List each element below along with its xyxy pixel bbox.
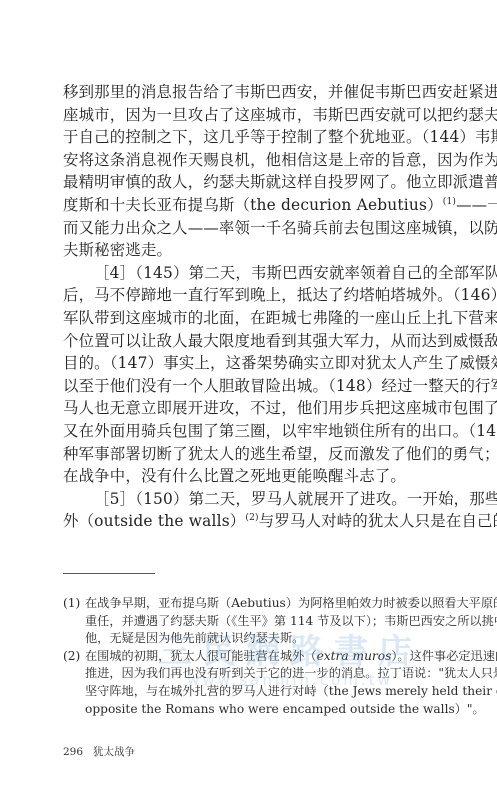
footnote-number: (1) [63,595,85,613]
page-footer: 296犹太战争 [63,744,135,759]
text-segment: 外（outside the walls） [63,512,245,530]
text-line: 夫斯秘密逃走。 [63,239,453,262]
footnote-number: (2) [63,648,85,666]
paragraph-5-start: ［5］（150）第二天，罗马人就展开了进攻。一开始，那些在城墙 [63,488,453,511]
footnote-text-line: 推进，因为我们再也没有听到关于它的进一步的消息。拉丁语说："犹太人只是 [63,665,455,683]
latin-phrase: extra muros [317,649,392,663]
text-line: 种军事部署切断了犹太人的逃生希望，反而激发了他们的勇气；因为 [63,443,453,466]
text-segment: ——一位精力充沛 [456,196,497,214]
text-line: 又在外面用骑兵包围了第三圈，以牢牢地锁住所有的出口。（149）这 [63,420,453,443]
footnote-text: ）。这件事必定迅速向前 [391,649,497,663]
footnote-text: 在战争早期，亚布提乌斯（Aebutius）为阿格里帕效力时被委以照看大平原的 [85,596,497,610]
text-line: 后，马不停蹄地一直行军到晚上，抵达了约塔帕塔城外。（146）他把 [63,284,453,307]
text-line: 以至于他们没有一个人胆敢冒险出城。（148）经过一整天的行军，罗 [63,375,453,398]
text-line: 安将这条消息视作天赐良机，他相信这是上帝的旨意，因为作为自己 [63,149,453,172]
page-number: 296 [63,746,83,758]
text-line-with-footnote: 外（outside the walls）(2)与罗马人对峙的犹太人只是在自己的阵… [63,510,453,533]
footnote-2: (2)在围城的初期，犹太人很可能驻营在城外（extra muros）。这件事必定… [63,648,455,666]
footnote-text-line: 他，无疑是因为他先前就认识约瑟夫斯。 [63,630,455,648]
text-line: 移到那里的消息报告给了韦斯巴西安，并催促韦斯巴西安赶紧进攻这 [63,81,453,104]
footnote-ref-1[interactable]: (1) [443,197,456,207]
text-line: 最精明审慎的敌人，约瑟夫斯就这样自投罗网了。他立即派遣普拉西 [63,171,453,194]
running-title: 犹太战争 [93,746,135,758]
paragraph-4-start: ［4］（145）第二天，韦斯巴西安就率领着自己的全部军队紧随其 [63,262,453,285]
main-text: 移到那里的消息报告给了韦斯巴西安，并催促韦斯巴西安赶紧进攻这 座城市，因为一旦攻… [63,81,453,533]
text-line: 座城市，因为一旦攻占了这座城市，韦斯巴西安就可以把约瑟夫斯置 [63,104,453,127]
footnote-text: 在围城的初期，犹太人很可能驻营在城外（ [85,649,317,663]
text-line: 军队带到这座城市的北面，在距城七弗隆的一座山丘上扎下营来，这 [63,307,453,330]
footnotes: (1)在战争早期，亚布提乌斯（Aebutius）为阿格里帕效力时被委以照看大平原… [63,595,455,718]
footnote-text-line: opposite the Romans who were encamped ou… [63,701,455,719]
text-line: 而又能力出众之人——率领一千名骑兵前去包围这座城镇，以防约瑟 [63,217,453,240]
book-page: 移到那里的消息报告给了韦斯巴西安，并催促韦斯巴西安赶紧进攻这 座城市，因为一旦攻… [0,0,497,800]
text-line: 于自己的控制之下，这几乎等于控制了整个犹地亚。（144）韦斯巴西 [63,126,453,149]
text-line: 马人也无意立即展开进攻，不过，他们用步兵把这座城市包围了两圈， [63,397,453,420]
text-line: 个位置可以让敌人最大限度地看到其强大军力，从而达到威慑敌人的 [63,330,453,353]
text-segment: 与罗马人对峙的犹太人只是在自己的阵地坚守 [259,512,497,530]
text-line: 目的。（147）事实上，这番架势确实立即对犹太人产生了威慑效果， [63,352,453,375]
text-line: 在战争中，没有什么比置之死地更能唤醒斗志了。 [63,465,453,488]
footnote-1: (1)在战争早期，亚布提乌斯（Aebutius）为阿格里帕效力时被委以照看大平原… [63,595,455,613]
footnote-divider [63,573,155,574]
footnote-text-line: 重任，并遭遇了约瑟夫斯（《生平》第 114 节及以下）；韦斯巴西安之所以挑中 [63,613,455,631]
text-segment: 度斯和十夫长亚布提乌斯（the decurion Aebutius） [63,196,443,214]
footnote-text-line: 坚守阵地，与在城外扎营的罗马人进行对峙（the Jews merely held… [63,683,455,701]
footnote-ref-2[interactable]: (2) [245,513,258,523]
text-line-with-footnote: 度斯和十夫长亚布提乌斯（the decurion Aebutius）(1)——一… [63,194,453,217]
